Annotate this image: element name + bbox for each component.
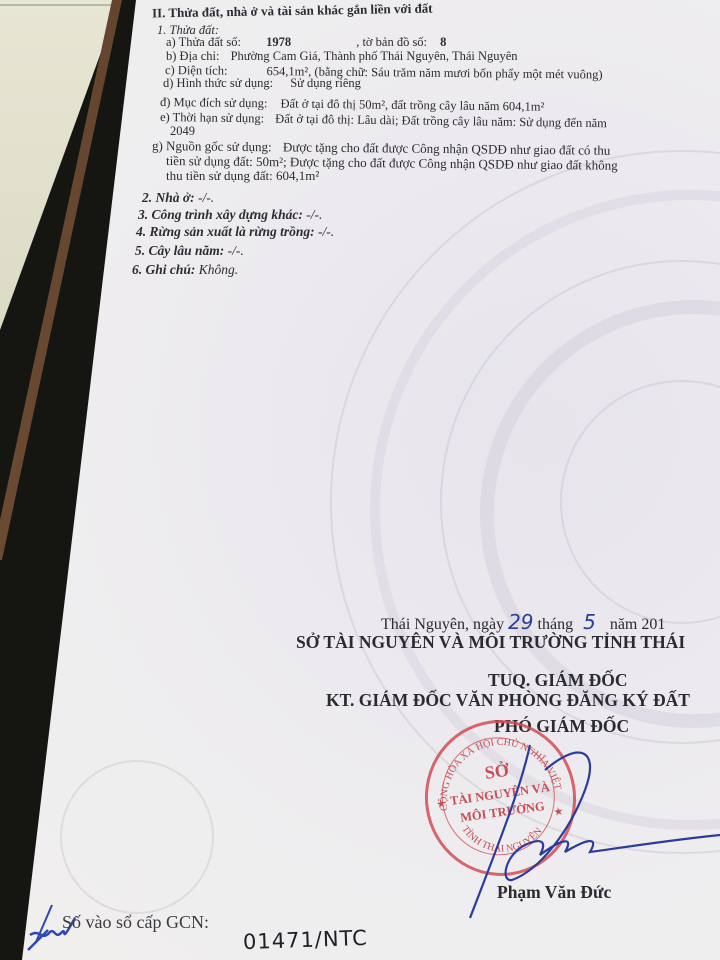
item-other-construction: 3. Công trình xây dựng khác: -/-.: [138, 208, 322, 222]
section-title: II. Thửa đất, nhà ở và tài sản khác gắn …: [152, 2, 433, 21]
certificate-content: II. Thửa đất, nhà ở và tài sản khác gắn …: [0, 0, 720, 960]
origin-label: g) Nguồn gốc sử dụng:: [152, 138, 272, 154]
signer-name: Phạm Văn Đức: [497, 882, 611, 903]
item-perennial-trees: 5. Cây lâu năm: -/-.: [135, 244, 244, 258]
parcel-label: a) Thửa đất số:: [166, 35, 241, 49]
parcel-row: a) Thửa đất số: 1978 , tờ bản đồ số: 8: [166, 35, 446, 49]
origin-value-line-3: thu tiền sử dụng đất: 604,1m²: [166, 169, 319, 183]
gcn-register-label: Số vào sổ cấp GCN:: [62, 912, 209, 933]
ownership-label: d) Hình thức sử dụng:: [163, 76, 273, 90]
address-label: b) Địa chỉ:: [166, 49, 219, 63]
purpose-label: đ) Mục đích sử dụng:: [160, 95, 268, 110]
parcel-number: 1978: [266, 35, 291, 49]
term-value-continuation: 2049: [170, 124, 195, 138]
item-notes: 6. Ghi chú: Không.: [132, 263, 238, 277]
item-house: 2. Nhà ở: -/-.: [142, 191, 214, 205]
official-red-seal-icon: CỘNG HÒA XÃ HỘI CHỦ NGHĨA VIỆT NAM TỈNH …: [415, 710, 586, 885]
address-value: Phường Cam Giá, Thành phố Thái Nguyên, T…: [231, 49, 518, 63]
ownership-value: Sử dụng riêng: [290, 76, 361, 90]
gcn-register-number: 01471/NTC: [243, 926, 369, 954]
item-planted-forest: 4. Rừng sản xuất là rừng trồng: -/-.: [136, 225, 334, 239]
on-behalf-line: KT. GIÁM ĐỐC VĂN PHÒNG ĐĂNG KÝ ĐẤT: [326, 690, 690, 711]
ownership-row: d) Hình thức sử dụng: Sử dụng riêng: [163, 76, 361, 90]
purpose-value: Đất ở tại đô thị 50m², đất trồng cây lâu…: [280, 96, 544, 113]
address-row: b) Địa chỉ: Phường Cam Giá, Thành phố Th…: [166, 49, 518, 63]
map-sheet-label: , tờ bản đồ số:: [356, 35, 427, 49]
handwritten-day: 29: [508, 610, 533, 634]
handwritten-month: 5: [583, 610, 596, 634]
place-date-line: Thái Nguyên, ngày 29 tháng 5 năm 201: [381, 610, 665, 634]
map-sheet-number: 8: [440, 35, 446, 49]
authorization-line: TUQ. GIÁM ĐỐC: [488, 670, 628, 691]
term-value: Đất ở tại đô thị: Lâu dài; Đất trồng cây…: [275, 112, 607, 131]
issuing-organization: SỞ TÀI NGUYÊN VÀ MÔI TRƯỜNG TỈNH THÁI: [296, 632, 685, 653]
